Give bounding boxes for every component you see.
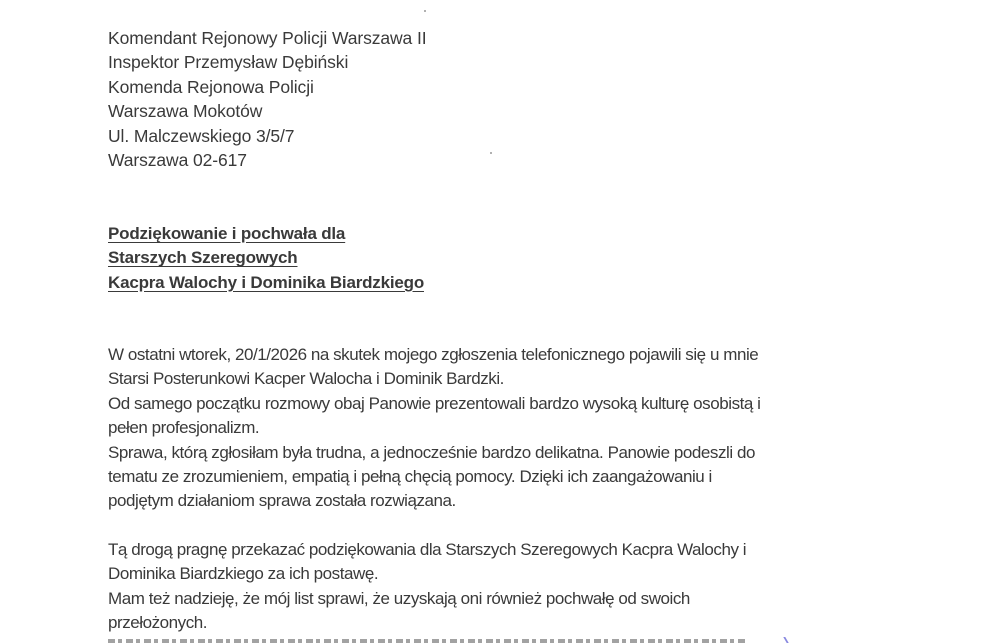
clipped-text-line: [108, 636, 748, 643]
body-line: pełen profesjonalizm.: [108, 416, 761, 440]
body-line: Sprawa, którą zgłosiłam była trudna, a j…: [108, 441, 761, 465]
body-line: tematu ze zrozumieniem, empatią i pełną …: [108, 465, 761, 489]
subject-line: Kacpra Walochy i Dominika Biardzkiego: [108, 271, 424, 295]
body-line: przełożonych.: [108, 611, 746, 635]
body-line: Od samego początku rozmowy obaj Panowie …: [108, 392, 761, 416]
pen-mark: [783, 637, 794, 643]
body-paragraph-2: Tą drogą pragnę przekazać podziękowania …: [108, 538, 746, 636]
scan-speck: [424, 10, 426, 12]
subject-line: Starszych Szeregowych: [108, 246, 424, 270]
scan-speck: [490, 152, 492, 154]
recipient-line: Inspektor Przemysław Dębiński: [108, 50, 426, 74]
body-line: Starsi Posterunkowi Kacper Walocha i Dom…: [108, 367, 761, 391]
recipient-line: Ul. Malczewskiego 3/5/7: [108, 124, 426, 148]
body-line: Tą drogą pragnę przekazać podziękowania …: [108, 538, 746, 562]
body-line: podjętym działaniom sprawa została rozwi…: [108, 489, 761, 513]
recipient-line: Warszawa Mokotów: [108, 99, 426, 123]
body-line: Dominika Biardzkiego za ich postawę.: [108, 562, 746, 586]
letter-subject: Podziękowanie i pochwała dla Starszych S…: [108, 222, 424, 295]
body-line: Mam też nadzieję, że mój list sprawi, że…: [108, 587, 746, 611]
body-paragraph-1: W ostatni wtorek, 20/1/2026 na skutek mo…: [108, 343, 761, 514]
recipient-line: Warszawa 02-617: [108, 148, 426, 172]
subject-line: Podziękowanie i pochwała dla: [108, 222, 424, 246]
recipient-address: Komendant Rejonowy Policji Warszawa II I…: [108, 26, 426, 172]
body-line: W ostatni wtorek, 20/1/2026 na skutek mo…: [108, 343, 761, 367]
recipient-line: Komendant Rejonowy Policji Warszawa II: [108, 26, 426, 50]
recipient-line: Komenda Rejonowa Policji: [108, 75, 426, 99]
